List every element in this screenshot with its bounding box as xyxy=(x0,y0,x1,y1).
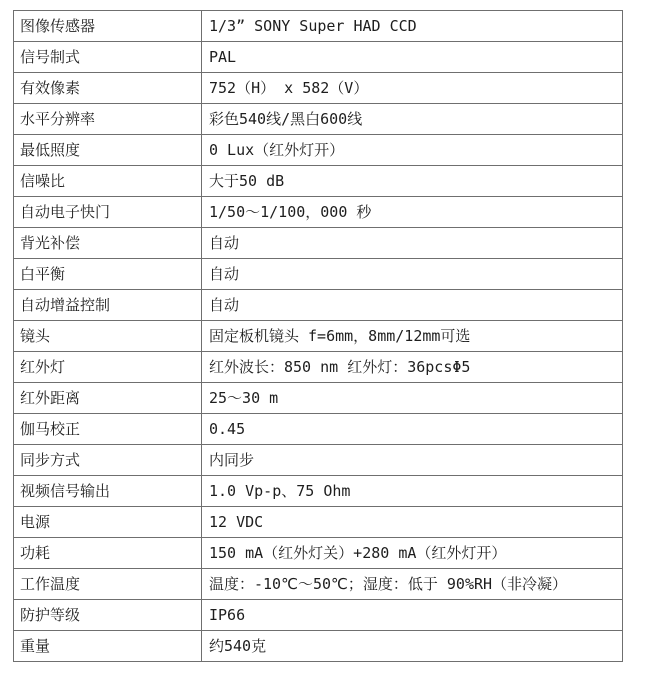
table-row: 红外灯红外波长：850 nm 红外灯：36pcsΦ5 xyxy=(14,352,623,383)
spec-value: 大于50 dB xyxy=(202,166,623,197)
spec-label: 最低照度 xyxy=(14,135,202,166)
table-row: 工作温度温度：-10℃～50℃；湿度：低于 90%RH（非冷凝） xyxy=(14,569,623,600)
spec-label: 红外灯 xyxy=(14,352,202,383)
table-row: 镜头固定板机镜头 f=6mm，8mm/12mm可选 xyxy=(14,321,623,352)
table-row: 自动增益控制自动 xyxy=(14,290,623,321)
spec-label: 红外距离 xyxy=(14,383,202,414)
table-row: 白平衡自动 xyxy=(14,259,623,290)
spec-table: 图像传感器1/3” SONY Super HAD CCD信号制式PAL有效像素7… xyxy=(13,10,623,662)
spec-value: IP66 xyxy=(202,600,623,631)
table-row: 背光补偿自动 xyxy=(14,228,623,259)
spec-label: 信噪比 xyxy=(14,166,202,197)
spec-value: 自动 xyxy=(202,259,623,290)
spec-value: 红外波长：850 nm 红外灯：36pcsΦ5 xyxy=(202,352,623,383)
spec-label: 白平衡 xyxy=(14,259,202,290)
table-row: 信号制式PAL xyxy=(14,42,623,73)
table-row: 自动电子快门1/50～1/100，000 秒 xyxy=(14,197,623,228)
table-row: 电源12 VDC xyxy=(14,507,623,538)
spec-value: 0 Lux（红外灯开） xyxy=(202,135,623,166)
spec-value: 0.45 xyxy=(202,414,623,445)
spec-value: 温度：-10℃～50℃；湿度：低于 90%RH（非冷凝） xyxy=(202,569,623,600)
spec-value: 自动 xyxy=(202,290,623,321)
spec-value: 25～30 m xyxy=(202,383,623,414)
spec-value: 1/3” SONY Super HAD CCD xyxy=(202,11,623,42)
spec-label: 伽马校正 xyxy=(14,414,202,445)
table-row: 信噪比大于50 dB xyxy=(14,166,623,197)
spec-label: 功耗 xyxy=(14,538,202,569)
spec-label: 自动增益控制 xyxy=(14,290,202,321)
spec-label: 防护等级 xyxy=(14,600,202,631)
spec-label: 工作温度 xyxy=(14,569,202,600)
spec-value: 固定板机镜头 f=6mm，8mm/12mm可选 xyxy=(202,321,623,352)
spec-label: 电源 xyxy=(14,507,202,538)
spec-value: 自动 xyxy=(202,228,623,259)
spec-value: PAL xyxy=(202,42,623,73)
spec-label: 自动电子快门 xyxy=(14,197,202,228)
spec-label: 信号制式 xyxy=(14,42,202,73)
spec-table-body: 图像传感器1/3” SONY Super HAD CCD信号制式PAL有效像素7… xyxy=(14,11,623,662)
spec-value: 1/50～1/100，000 秒 xyxy=(202,197,623,228)
spec-value: 约540克 xyxy=(202,631,623,662)
spec-label: 图像传感器 xyxy=(14,11,202,42)
table-row: 防护等级IP66 xyxy=(14,600,623,631)
spec-label: 视频信号输出 xyxy=(14,476,202,507)
spec-value: 150 mA（红外灯关）+280 mA（红外灯开） xyxy=(202,538,623,569)
spec-label: 镜头 xyxy=(14,321,202,352)
table-row: 红外距离25～30 m xyxy=(14,383,623,414)
table-row: 图像传感器1/3” SONY Super HAD CCD xyxy=(14,11,623,42)
spec-label: 重量 xyxy=(14,631,202,662)
spec-value: 彩色540线/黑白600线 xyxy=(202,104,623,135)
table-row: 伽马校正0.45 xyxy=(14,414,623,445)
table-row: 功耗150 mA（红外灯关）+280 mA（红外灯开） xyxy=(14,538,623,569)
spec-value: 1.0 Vp-p、75 Ohm xyxy=(202,476,623,507)
spec-value: 内同步 xyxy=(202,445,623,476)
spec-value: 752（H） x 582（V） xyxy=(202,73,623,104)
table-row: 重量约540克 xyxy=(14,631,623,662)
spec-label: 有效像素 xyxy=(14,73,202,104)
spec-label: 水平分辨率 xyxy=(14,104,202,135)
table-row: 同步方式内同步 xyxy=(14,445,623,476)
spec-label: 同步方式 xyxy=(14,445,202,476)
table-row: 有效像素752（H） x 582（V） xyxy=(14,73,623,104)
table-row: 水平分辨率彩色540线/黑白600线 xyxy=(14,104,623,135)
spec-value: 12 VDC xyxy=(202,507,623,538)
table-row: 最低照度0 Lux（红外灯开） xyxy=(14,135,623,166)
table-row: 视频信号输出1.0 Vp-p、75 Ohm xyxy=(14,476,623,507)
spec-label: 背光补偿 xyxy=(14,228,202,259)
